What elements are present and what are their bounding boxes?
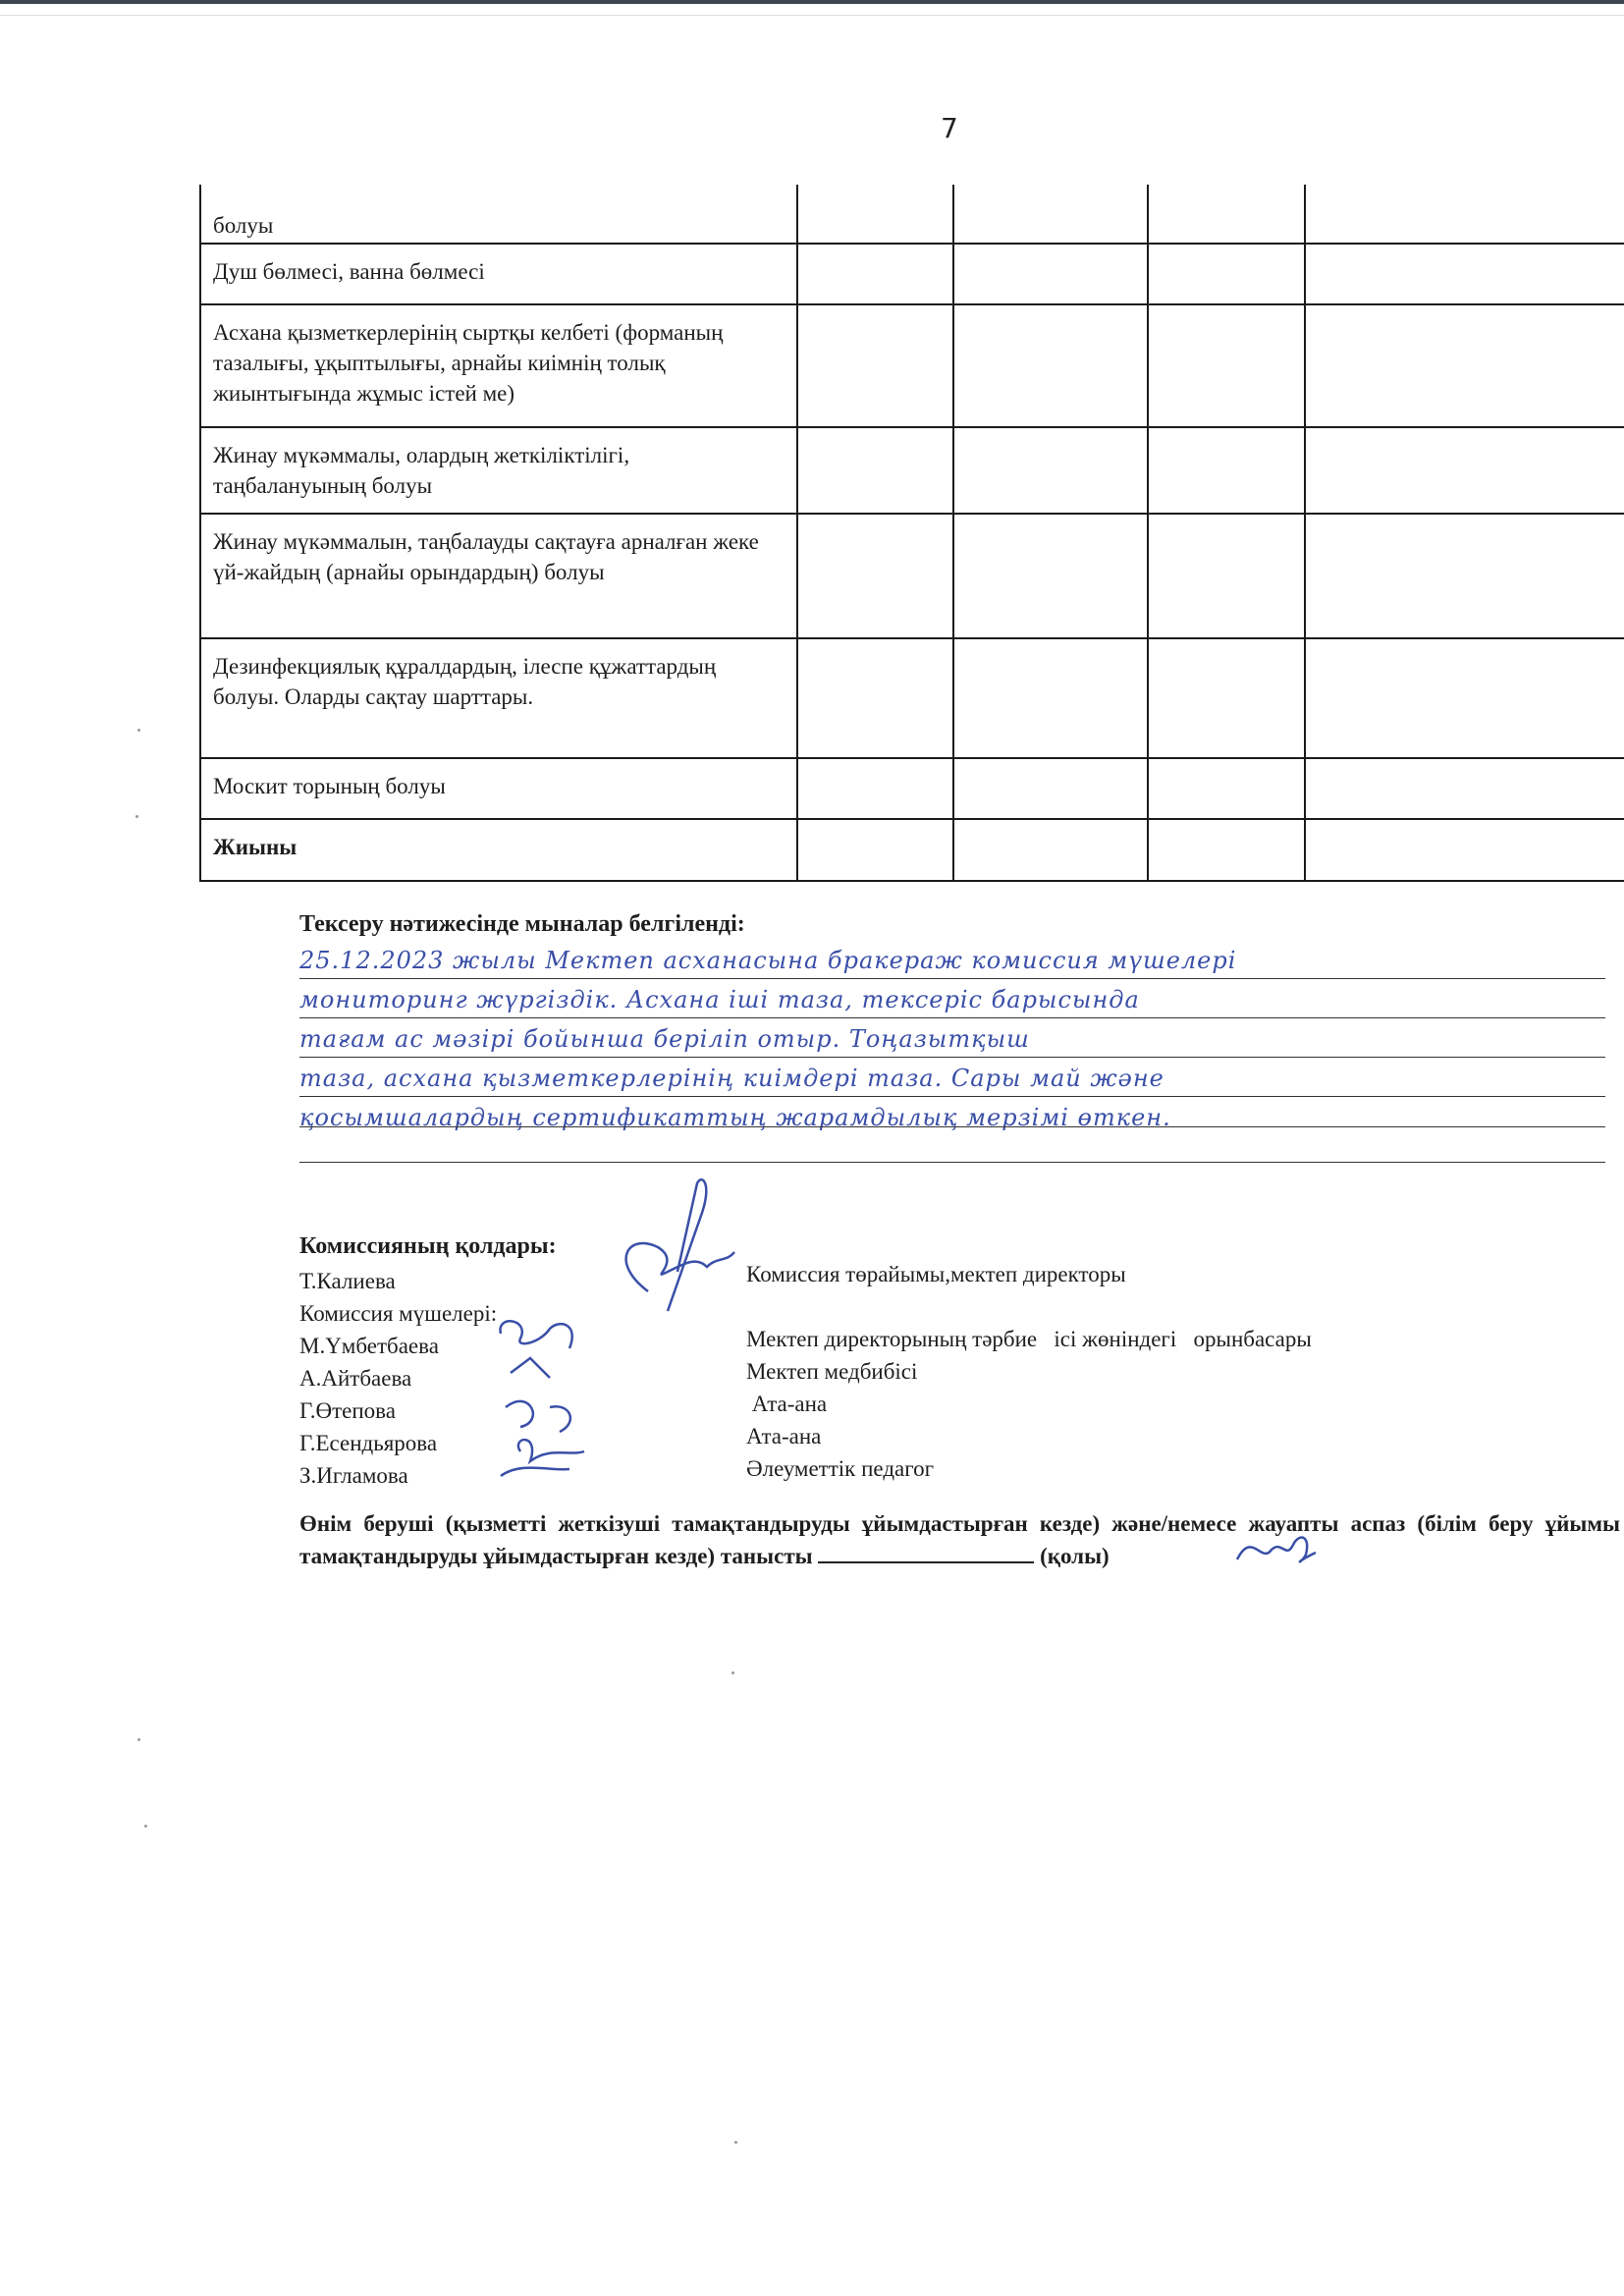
chair-name: Т.Калиева xyxy=(299,1265,497,1297)
member-role: Мектеп медбибісі xyxy=(746,1355,1312,1388)
table-row: Жиыны xyxy=(200,819,1624,881)
table-row: болуы xyxy=(200,185,1624,244)
ruled-line xyxy=(299,1017,1605,1018)
score-cell xyxy=(797,819,953,881)
score-cell xyxy=(953,304,1148,427)
handwritten-line: тағам ас мәзірі бойынша беріліп отыр. То… xyxy=(299,1019,1615,1059)
signature-line xyxy=(818,1540,1034,1563)
table-row: Жинау мүкәммалы, олардың жеткіліктілігі,… xyxy=(200,427,1624,514)
criterion-label: Москит торының болуы xyxy=(213,771,785,801)
score-cell xyxy=(797,758,953,819)
ruled-line xyxy=(299,1126,1605,1127)
signatories-list: Т.Калиева Комиссия мүшелері: М.Үмбетбаев… xyxy=(299,1265,497,1492)
criterion-cell: Москит торының болуы xyxy=(200,758,797,819)
table-row: Асхана қызметкерлерінің сыртқы келбеті (… xyxy=(200,304,1624,427)
score-cell xyxy=(953,758,1148,819)
member-role: Ата-ана xyxy=(746,1388,1312,1420)
criterion-label: болуы xyxy=(213,210,785,241)
score-cell xyxy=(1305,244,1624,304)
ruled-line xyxy=(299,1096,1605,1097)
member-role: Ата-ана xyxy=(746,1420,1312,1452)
chair-role: Комиссия төрайымы,мектеп директоры xyxy=(746,1258,1312,1290)
member-role: Мектеп директорының тәрбие ісі жөніндегі… xyxy=(746,1323,1312,1355)
table-row: Москит торының болуы xyxy=(200,758,1624,819)
acknowledgement-statement: Өнім беруші (қызметті жеткізуші тамақтан… xyxy=(299,1507,1620,1572)
handwritten-line: мониторинг жүргіздік. Асхана іші таза, т… xyxy=(299,980,1615,1019)
criterion-cell: болуы xyxy=(200,185,797,244)
score-cell xyxy=(1148,514,1305,638)
checklist-table: болуыДуш бөлмесі, ванна бөлмесіАсхана қы… xyxy=(199,185,1624,882)
score-cell xyxy=(797,514,953,638)
member-role: Әлеуметтік педагог xyxy=(746,1452,1312,1485)
ruled-line xyxy=(299,1162,1605,1163)
scan-speck xyxy=(734,2141,737,2144)
criterion-cell: Душ бөлмесі, ванна бөлмесі xyxy=(200,244,797,304)
criterion-label: Душ бөлмесі, ванна бөлмесі xyxy=(213,256,785,287)
chair-signature xyxy=(589,1174,736,1321)
score-cell xyxy=(1305,819,1624,881)
score-cell xyxy=(1305,304,1624,427)
score-cell xyxy=(953,427,1148,514)
score-cell xyxy=(953,638,1148,758)
handwritten-line: таза, асхана қызметкерлерінің киімдері т… xyxy=(299,1059,1615,1098)
score-cell xyxy=(953,244,1148,304)
member-name: Г.Есендьярова xyxy=(299,1427,497,1459)
scan-edge-line xyxy=(0,15,1624,16)
score-cell xyxy=(1305,758,1624,819)
roles-list: Комиссия төрайымы,мектеп директоры Мекте… xyxy=(746,1258,1312,1485)
score-cell xyxy=(1305,638,1624,758)
criterion-label: Жинау мүкәммалы, олардың жеткіліктілігі,… xyxy=(213,440,785,501)
score-cell xyxy=(797,185,953,244)
scan-speck xyxy=(731,1671,734,1674)
scan-speck xyxy=(137,729,140,732)
ruled-line xyxy=(299,978,1605,979)
criterion-cell: Асхана қызметкерлерінің сыртқы келбеті (… xyxy=(200,304,797,427)
score-cell xyxy=(1148,185,1305,244)
score-cell xyxy=(1148,427,1305,514)
score-cell xyxy=(797,638,953,758)
handwritten-line: қосымшалардың сертификаттың жарамдылық м… xyxy=(299,1098,1615,1137)
criterion-cell: Жинау мүкәммалы, олардың жеткіліктілігі,… xyxy=(200,427,797,514)
criterion-cell: Дезинфекциялық құралдардың, ілеспе құжат… xyxy=(200,638,797,758)
findings-handwritten-notes: 25.12.2023 жылы Мектеп асханасына бракер… xyxy=(299,941,1615,1137)
scan-speck xyxy=(135,815,138,818)
table-row: Дезинфекциялық құралдардың, ілеспе құжат… xyxy=(200,638,1624,758)
signatures-title: Комиссияның қолдары: xyxy=(299,1233,557,1260)
member-signatures xyxy=(491,1314,638,1481)
handwritten-line: 25.12.2023 жылы Мектеп асханасына бракер… xyxy=(299,941,1615,980)
score-cell xyxy=(797,304,953,427)
score-cell xyxy=(1148,758,1305,819)
criterion-label: Асхана қызметкерлерінің сыртқы келбеті (… xyxy=(213,317,785,409)
criterion-label: Дезинфекциялық құралдардың, ілеспе құжат… xyxy=(213,651,785,712)
score-cell xyxy=(1305,427,1624,514)
score-cell xyxy=(1148,244,1305,304)
criterion-cell: Жиыны xyxy=(200,819,797,881)
member-name: М.Үмбетбаева xyxy=(299,1330,497,1362)
table-row: Душ бөлмесі, ванна бөлмесі xyxy=(200,244,1624,304)
member-name: Г.Өтепова xyxy=(299,1394,497,1427)
score-cell xyxy=(1148,819,1305,881)
scan-edge xyxy=(0,0,1624,4)
score-cell xyxy=(1148,304,1305,427)
member-name: А.Айтбаева xyxy=(299,1362,497,1394)
score-cell xyxy=(1305,185,1624,244)
findings-title: Тексеру нәтижесінде мыналар белгіленді: xyxy=(299,911,745,938)
criterion-label: Жиыны xyxy=(213,832,785,862)
ruled-line xyxy=(299,1057,1605,1058)
score-cell xyxy=(953,185,1148,244)
member-name: З.Игламова xyxy=(299,1459,497,1492)
score-cell xyxy=(953,514,1148,638)
criterion-label: Жинау мүкәммалын, таңбалауды сақтауға ар… xyxy=(213,526,785,587)
score-cell xyxy=(797,244,953,304)
members-label: Комиссия мүшелері: xyxy=(299,1297,497,1330)
table-row: Жинау мүкәммалын, таңбалауды сақтауға ар… xyxy=(200,514,1624,638)
scan-speck xyxy=(137,1738,140,1741)
score-cell xyxy=(953,819,1148,881)
score-cell xyxy=(1305,514,1624,638)
criterion-cell: Жинау мүкәммалын, таңбалауды сақтауға ар… xyxy=(200,514,797,638)
score-cell xyxy=(797,427,953,514)
score-cell xyxy=(1148,638,1305,758)
page-number: 7 xyxy=(941,112,958,144)
scan-speck xyxy=(144,1825,147,1828)
